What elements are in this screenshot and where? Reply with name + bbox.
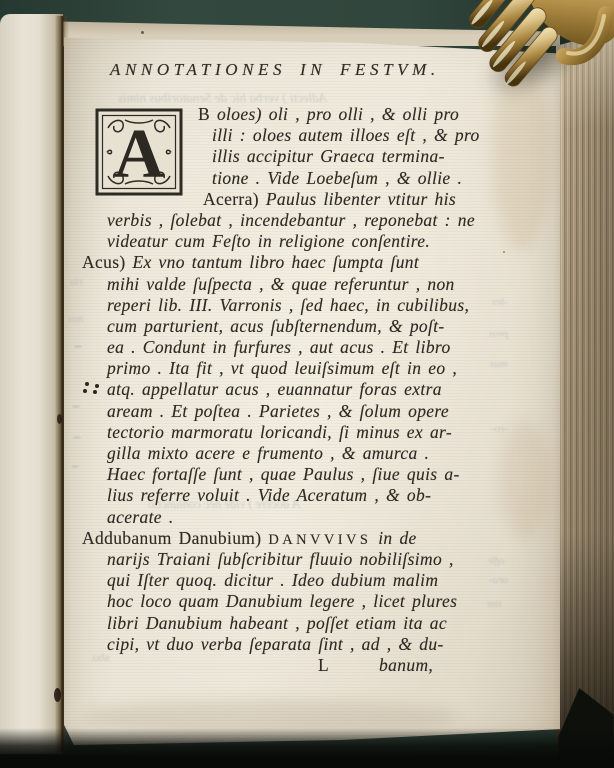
text-line: Acus) Ex vno tantum libro haec ſumpta ſu… (80, 252, 532, 273)
ink-speck (73, 436, 81, 439)
text-segment: narijs Traiani ſubſcribitur fluuio nobil… (107, 549, 454, 569)
bottom-shadow (0, 728, 614, 768)
text-segment: B (198, 104, 217, 124)
text-segment: Acus) (82, 252, 132, 272)
text-line: Addubanum Danubium) DANVVIVS in de (80, 528, 532, 549)
ink-speck (392, 26, 394, 28)
text-segment: oloes) oli , pro olli , & olli pro (217, 104, 459, 124)
margin-ink-dot (83, 389, 87, 393)
ink-speck (141, 31, 144, 34)
signature-line: Lbanum, (80, 655, 532, 676)
ink-speck (57, 414, 62, 424)
text-line: illi : oloes autem illoes eſt , & pro (80, 125, 532, 146)
ink-speck (72, 405, 80, 408)
text-segment: ea . Condunt in furfures , aut acus . Et… (107, 337, 451, 357)
text-line: narijs Traiani ſubſcribitur fluuio nobil… (80, 549, 532, 570)
catchword: banum, (379, 655, 433, 675)
margin-ink-dot (85, 382, 89, 386)
text-line: aream . Et poſtea . Parietes , & ſolum o… (80, 401, 532, 422)
text-segment: cum parturient, acus ſubſternendum, & po… (107, 316, 445, 336)
ink-speck (503, 251, 505, 253)
text-segment: reperi lib. III. Varronis , ſed haec, in… (107, 295, 469, 315)
fore-edge (556, 30, 614, 748)
text-segment: aream . Et poſtea . Parietes , & ſolum o… (107, 401, 449, 421)
text-line: qui Iſter quoq. dicitur . Ideo dubium ma… (80, 570, 532, 591)
text-lines: B oloes) oli , pro olli , & olli proilli… (80, 104, 532, 676)
signature-mark: L (318, 655, 329, 675)
fore-edge-shading (556, 30, 614, 748)
text-segment: illis accipitur Graeca termina- (212, 146, 445, 166)
text-line: ea . Condunt in furfures , aut acus . Et… (80, 337, 532, 358)
brass-hand-icon (448, 0, 614, 98)
text-line: mihi valde ſuſpecta , & quae referuntur … (80, 274, 532, 295)
text-line: videatur cum Feſto in religione conſenti… (80, 231, 532, 252)
text-line: Haec fortaſſe ſunt , quae Paulus , ſiue … (80, 464, 532, 485)
text-segment: cipi, vt duo verba ſeparata ſint , ad , … (107, 634, 444, 654)
text-line: gilla mixto acere e frumento , & amurca … (80, 443, 532, 464)
text-segment: mihi valde ſuſpecta , & quae referuntur … (107, 274, 455, 294)
text-line: B oloes) oli , pro olli , & olli pro (80, 104, 532, 125)
text-segment: primo . Ita fit , vt quod leuiſsimum eſt… (107, 358, 457, 378)
text-segment: DANVVIVS (268, 532, 371, 548)
text-line: tione . Vide Loebeſum , & ollie . (80, 168, 532, 189)
text-line: libri Danubium habeant , poſſet etiam it… (80, 613, 532, 634)
text-segment: acerate . (107, 507, 174, 527)
ink-speck (74, 345, 82, 348)
text-segment: gilla mixto acere e frumento , & amurca … (107, 443, 429, 463)
margin-ink-dot (95, 384, 99, 388)
text-segment: videatur cum Feſto in religione conſenti… (107, 231, 430, 251)
facing-page (0, 14, 63, 754)
text-line: reperi lib. III. Varronis , ſed haec, in… (80, 295, 532, 316)
text-line: illis accipitur Graeca termina- (80, 146, 532, 167)
text-segment: lius referre voluit . Vide Aceratum , & … (107, 485, 431, 505)
running-header: ANNOTATIONES IN FESTVM. (80, 60, 532, 80)
text-segment: illi : oloes autem illoes eſt , & pro (212, 125, 480, 145)
text-segment: verbis , ſolebat , incendebantur , repon… (107, 210, 475, 230)
ink-speck (54, 688, 61, 702)
text-column: ANNOTATIONES IN FESTVM. A B oloes) oli ,… (80, 60, 532, 80)
text-segment: Haec fortaſſe ſunt , quae Paulus , ſiue … (107, 464, 460, 484)
text-segment: tione . Vide Loebeſum , & ollie . (212, 168, 462, 188)
text-segment: Acerra) (203, 189, 266, 209)
ink-speck (71, 465, 79, 468)
text-segment: qui Iſter quoq. dicitur . Ideo dubium ma… (107, 570, 438, 590)
text-line: Acerra) Paulus libenter vtitur his (80, 189, 532, 210)
photo-stage: ANNOTATIONES IN FESTVM. A B oloes) oli ,… (0, 0, 614, 768)
text-segment: Ex vno tantum libro haec ſumpta ſunt (132, 252, 419, 272)
text-line: tectorio marmoratu loricandi, ſi minus e… (80, 422, 532, 443)
text-segment: in de (371, 528, 416, 548)
text-line: hoc loco quam Danubium legere , licet pl… (80, 591, 532, 612)
text-line: cum parturient, acus ſubſternendum, & po… (80, 316, 532, 337)
text-segment: atq. appellatur acus , euannatur foras e… (107, 379, 442, 399)
text-line: cipi, vt duo verba ſeparata ſint , ad , … (80, 634, 532, 655)
text-segment: tectorio marmoratu loricandi, ſi minus e… (107, 422, 452, 442)
text-segment: Addubanum Danubium) (82, 528, 268, 548)
text-line: lius referre voluit . Vide Aceratum , & … (80, 485, 532, 506)
text-segment: hoc loco quam Danubium legere , licet pl… (107, 591, 457, 611)
margin-ink-dot (93, 390, 97, 394)
text-line: primo . Ita fit , vt quod leuiſsimum eſt… (80, 358, 532, 379)
text-line: atq. appellatur acus , euannatur foras e… (80, 379, 532, 400)
text-line: verbis , ſolebat , incendebantur , repon… (80, 210, 532, 231)
text-segment: Paulus libenter vtitur his (266, 189, 456, 209)
text-line: acerate . (80, 507, 532, 528)
text-segment: libri Danubium habeant , poſſet etiam it… (107, 613, 447, 633)
ink-speck (136, 373, 138, 375)
